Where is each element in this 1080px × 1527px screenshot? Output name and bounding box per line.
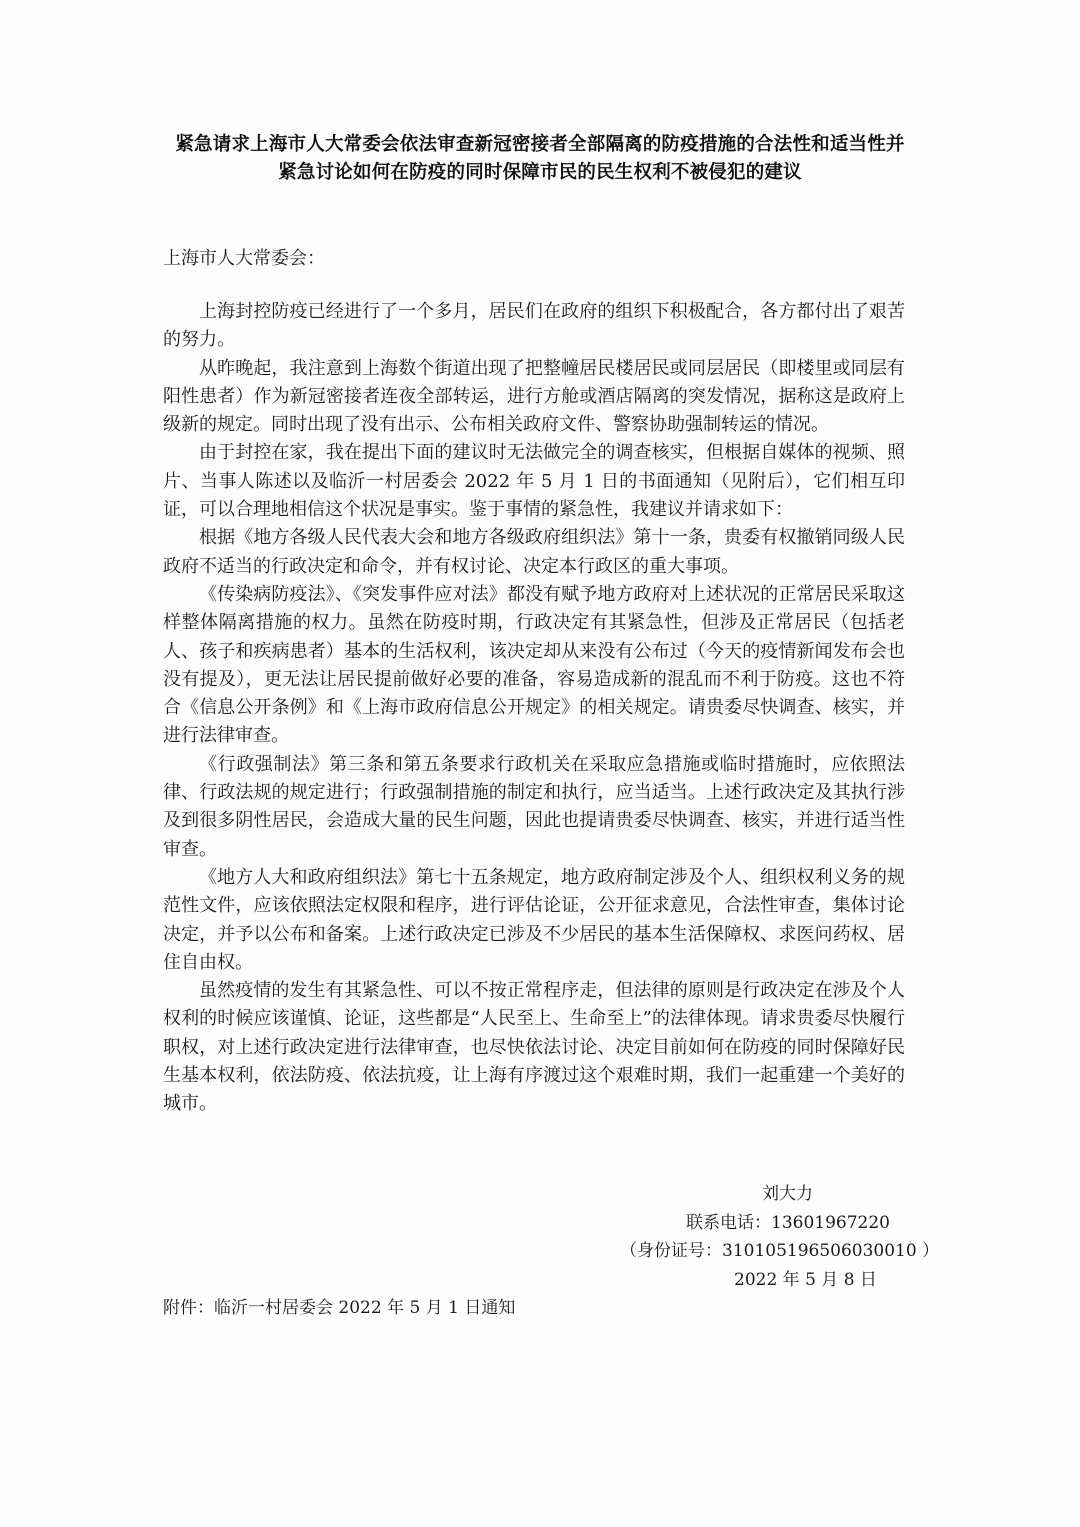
paragraph-6: 《行政强制法》第三条和第五条要求行政机关在采取应急措施或临时措施时，应依照法律、… [163,751,905,864]
signer-phone: 联系电话：13601967220 [600,1209,930,1238]
document-title: 紧急请求上海市人大常委会依法审查新冠密接者全部隔离的防疫措施的合法性和适当性并 … [150,131,930,187]
signature-date: 2022 年 5 月 8 日 [600,1266,930,1295]
salutation: 上海市人大常委会： [163,245,325,273]
document-body: 上海封控防疫已经进行了一个多月，居民们在政府的组织下积极配合，各方都付出了艰苦的… [163,298,905,1119]
signature-block: 刘大力 联系电话：13601967220 （身份证号：3101051965060… [600,1180,930,1294]
paragraph-8: 虽然疫情的发生有其紧急性、可以不按正常程序走，但法律的原则是行政决定在涉及个人权… [163,977,905,1118]
paragraph-1: 上海封控防疫已经进行了一个多月，居民们在政府的组织下积极配合，各方都付出了艰苦的… [163,298,905,355]
title-line-2: 紧急讨论如何在防疫的同时保障市民的民生权利不被侵犯的建议 [150,159,930,187]
paragraph-2: 从昨晚起，我注意到上海数个街道出现了把整幢居民楼居民或同层居民（即楼里或同层有阳… [163,355,905,440]
paragraph-3: 由于封控在家，我在提出下面的建议时无法做完全的调查核实，但根据自媒体的视频、照片… [163,439,905,524]
paragraph-7: 《地方人大和政府组织法》第七十五条规定，地方政府制定涉及个人、组织权利义务的规范… [163,864,905,977]
paragraph-5: 《传染病防疫法》、《突发事件应对法》都没有赋予地方政府对上述状况的正常居民采取这… [163,581,905,751]
title-line-1: 紧急请求上海市人大常委会依法审查新冠密接者全部隔离的防疫措施的合法性和适当性并 [150,131,930,159]
document-page: 紧急请求上海市人大常委会依法审查新冠密接者全部隔离的防疫措施的合法性和适当性并 … [0,0,1080,1527]
attachment-note: 附件：临沂一村居委会 2022 年 5 月 1 日通知 [163,1294,515,1322]
signer-name: 刘大力 [600,1180,930,1209]
paragraph-4: 根据《地方各级人民代表大会和地方各级政府组织法》第十一条，贵委有权撤销同级人民政… [163,524,905,581]
signer-id-number: （身份证号：310105196506030010 ） [600,1237,930,1266]
